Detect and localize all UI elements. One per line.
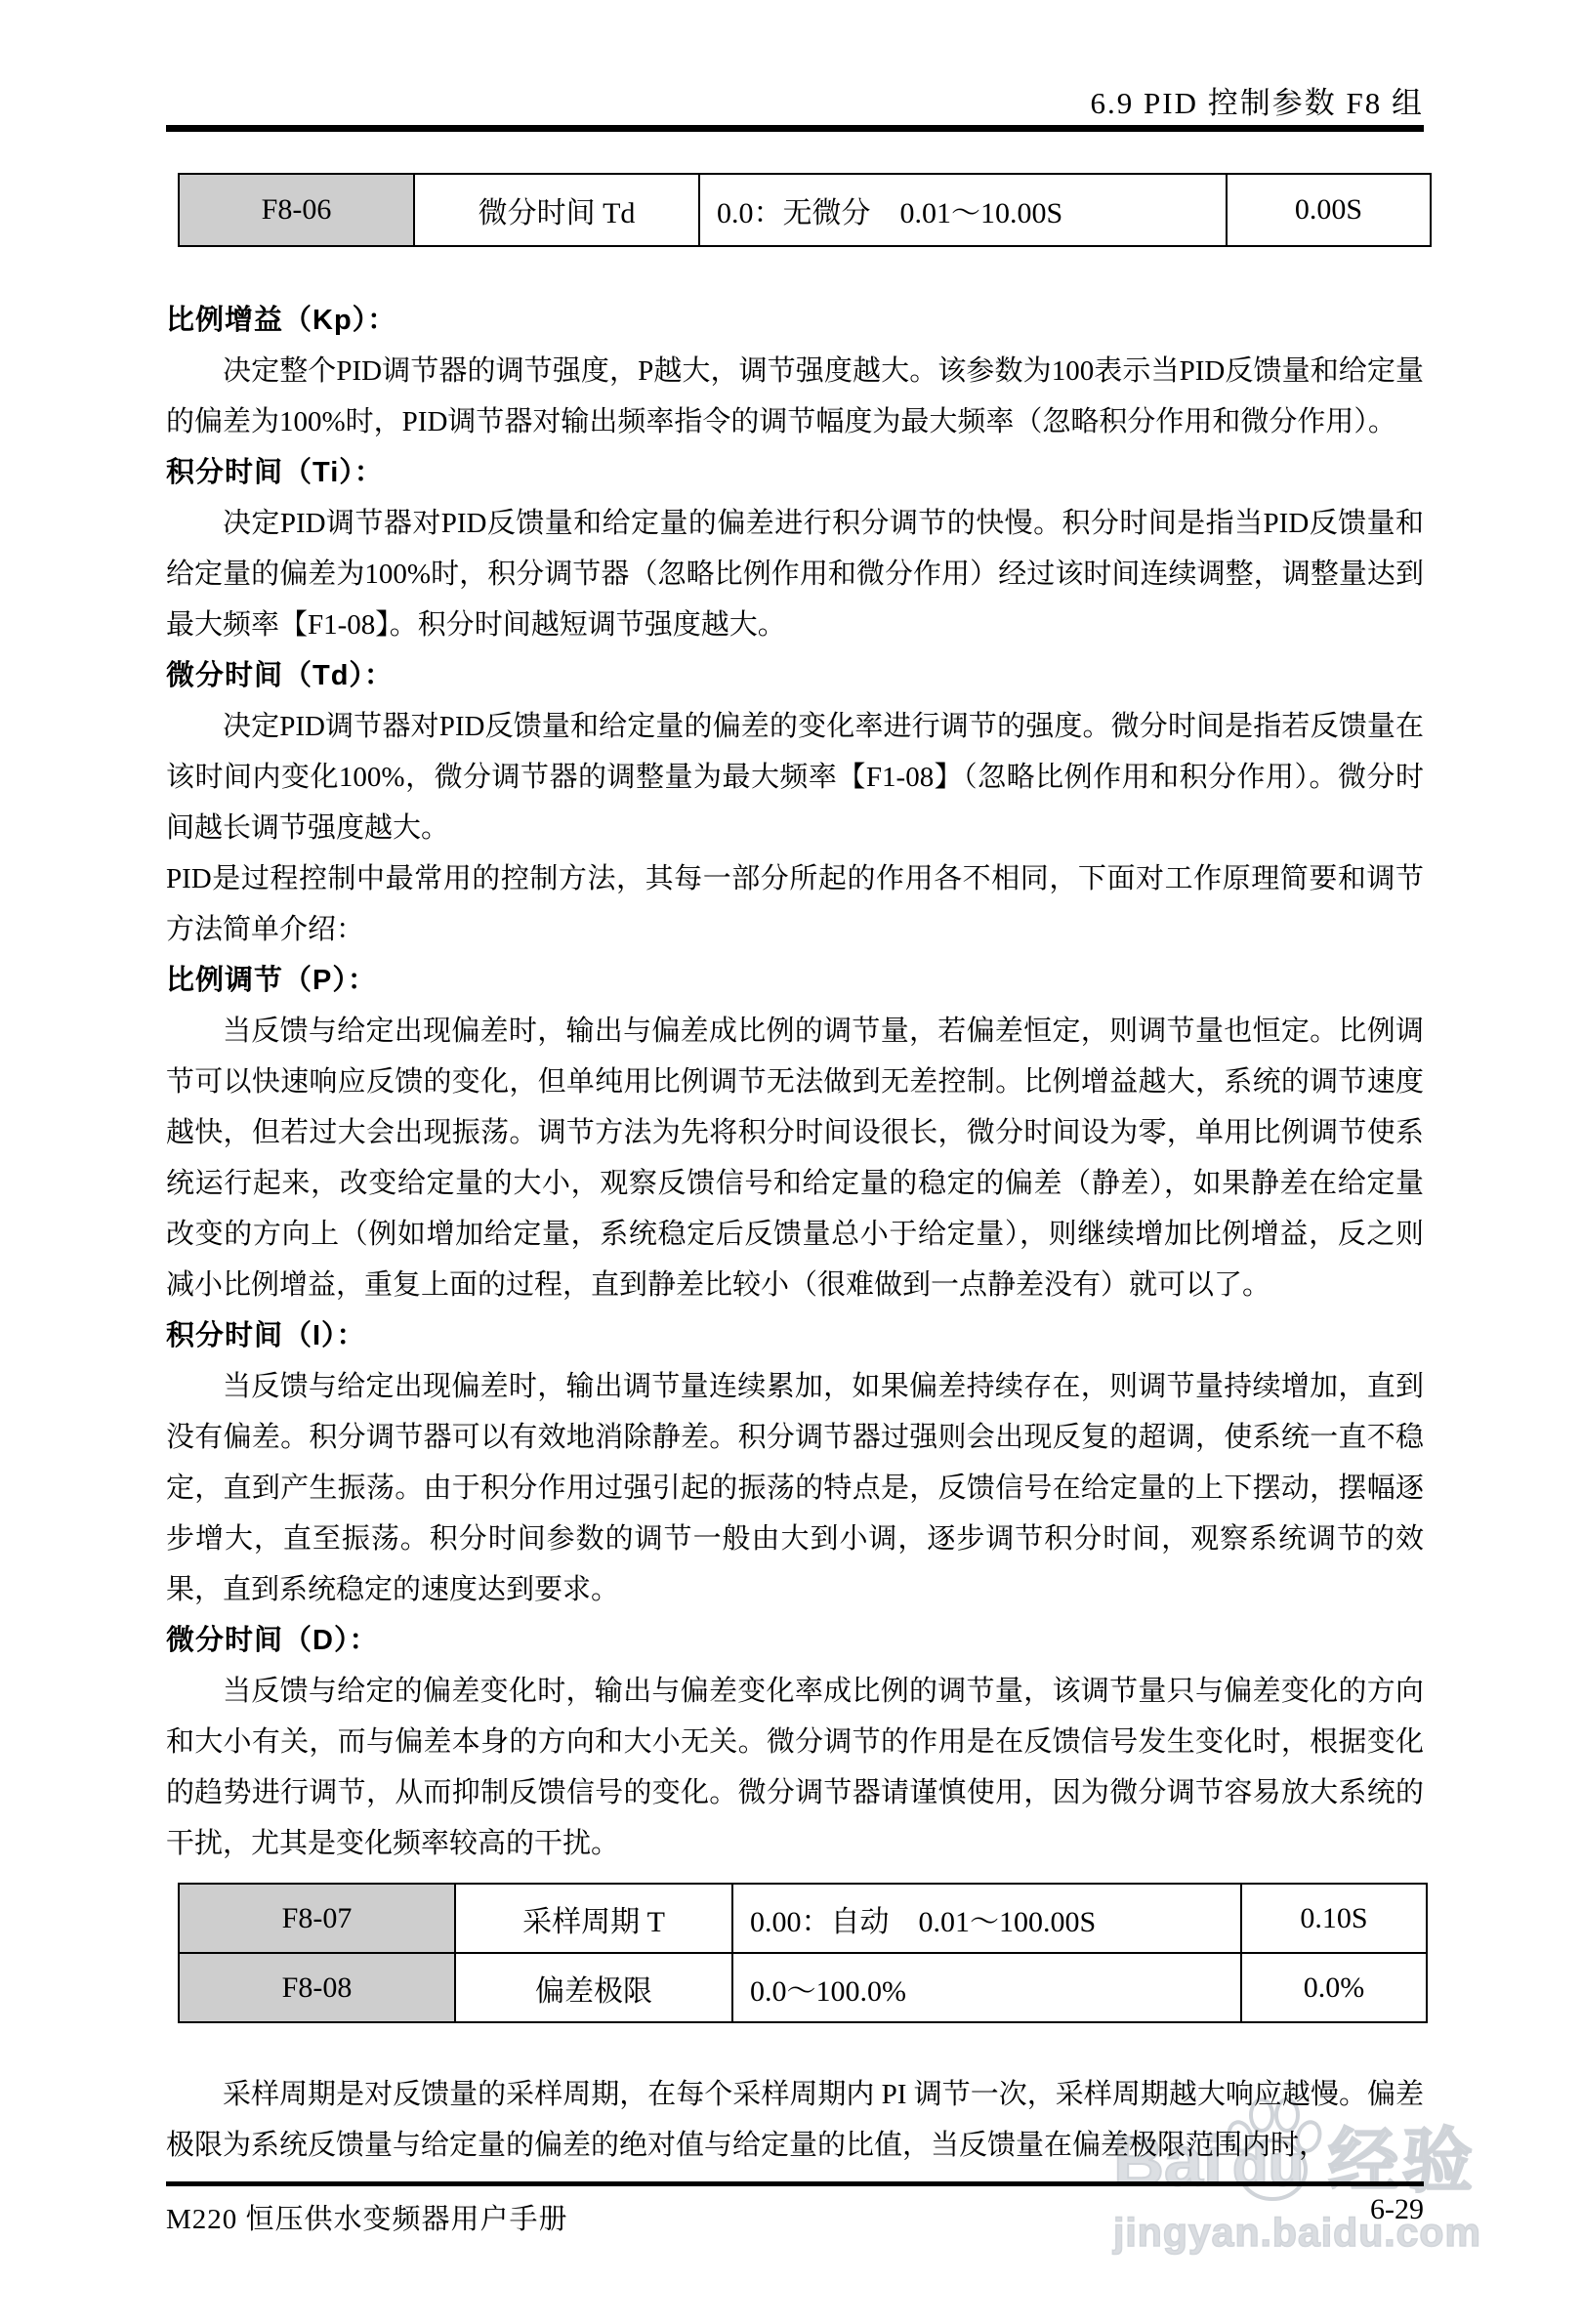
section-paragraph-ti: 决定PID调节器对PID反馈量和给定量的偏差进行积分调节的快慢。积分时间是指当P… bbox=[166, 498, 1424, 650]
param-name-cell: 偏差极限 bbox=[455, 1953, 732, 2022]
param-code-cell: F8-06 bbox=[179, 174, 414, 246]
section-title: 6.9 PID 控制参数 F8 组 bbox=[166, 86, 1424, 121]
param-default-cell: 0.00S bbox=[1227, 174, 1431, 246]
param-table-f8-06: F8-06 微分时间 Td 0.0：无微分 0.01～10.00S 0.00S bbox=[178, 173, 1432, 247]
table-row: F8-07 采样周期 T 0.00：自动 0.01～100.00S 0.10S bbox=[179, 1884, 1427, 1953]
param-range-cell: 0.0～100.0% bbox=[732, 1953, 1241, 2022]
section-heading-p: 比例调节（P）： bbox=[166, 955, 1424, 1006]
footer-divider bbox=[166, 2181, 1424, 2186]
closing-paragraph: 采样周期是对反馈量的采样周期，在每个采样周期内 PI 调节一次，采样周期越大响应… bbox=[166, 2069, 1424, 2171]
param-default-cell: 0.10S bbox=[1241, 1884, 1427, 1953]
table-row: F8-08 偏差极限 0.0～100.0% 0.0% bbox=[179, 1953, 1427, 2022]
section-paragraph-i: 当反馈与给定出现偏差时，输出调节量连续累加，如果偏差持续存在，则调节量持续增加，… bbox=[166, 1361, 1424, 1615]
param-default-cell: 0.0% bbox=[1241, 1953, 1427, 2022]
section-paragraph-p: 当反馈与给定出现偏差时，输出与偏差成比例的调节量，若偏差恒定，则调节量也恒定。比… bbox=[166, 1006, 1424, 1310]
param-code-cell: F8-07 bbox=[179, 1884, 455, 1953]
section-paragraph-d: 当反馈与给定的偏差变化时，输出与偏差变化率成比例的调节量，该调节量只与偏差变化的… bbox=[166, 1666, 1424, 1869]
param-name-cell: 微分时间 Td bbox=[414, 174, 699, 246]
section-heading-kp: 比例增益（Kp）： bbox=[166, 295, 1424, 346]
param-range-cell: 0.00：自动 0.01～100.00S bbox=[732, 1884, 1241, 1953]
table-row: F8-06 微分时间 Td 0.0：无微分 0.01～10.00S 0.00S bbox=[179, 174, 1431, 246]
param-table-f8-07-08: F8-07 采样周期 T 0.00：自动 0.01～100.00S 0.10S … bbox=[178, 1883, 1428, 2023]
param-name-cell: 采样周期 T bbox=[455, 1884, 732, 1953]
param-range-cell: 0.0：无微分 0.01～10.00S bbox=[699, 174, 1227, 246]
footer-manual-title: M220 恒压供水变频器用户手册 bbox=[166, 2197, 568, 2237]
document-page: Bai du 经验 jingyan.baidu.com 6.9 PID 控制参数… bbox=[0, 0, 1582, 2324]
header-divider bbox=[166, 125, 1424, 132]
param-code-cell: F8-08 bbox=[179, 1953, 455, 2022]
section-heading-ti: 积分时间（Ti）： bbox=[166, 447, 1424, 498]
section-heading-i: 积分时间（I）： bbox=[166, 1310, 1424, 1361]
section-paragraph-pid-intro: PID是过程控制中最常用的控制方法，其每一部分所起的作用各不相同，下面对工作原理… bbox=[166, 853, 1424, 955]
section-paragraph-td: 决定PID调节器对PID反馈量和给定量的偏差的变化率进行调节的强度。微分时间是指… bbox=[166, 701, 1424, 853]
section-paragraph-kp: 决定整个PID调节器的调节强度，P越大，调节强度越大。该参数为100表示当PID… bbox=[166, 346, 1424, 447]
section-heading-td: 微分时间（Td）： bbox=[166, 650, 1424, 701]
body-text: 比例增益（Kp）： 决定整个PID调节器的调节强度，P越大，调节强度越大。该参数… bbox=[166, 295, 1424, 1881]
section-heading-d: 微分时间（D）： bbox=[166, 1615, 1424, 1666]
footer-page-number: 6-29 bbox=[1287, 2193, 1424, 2226]
